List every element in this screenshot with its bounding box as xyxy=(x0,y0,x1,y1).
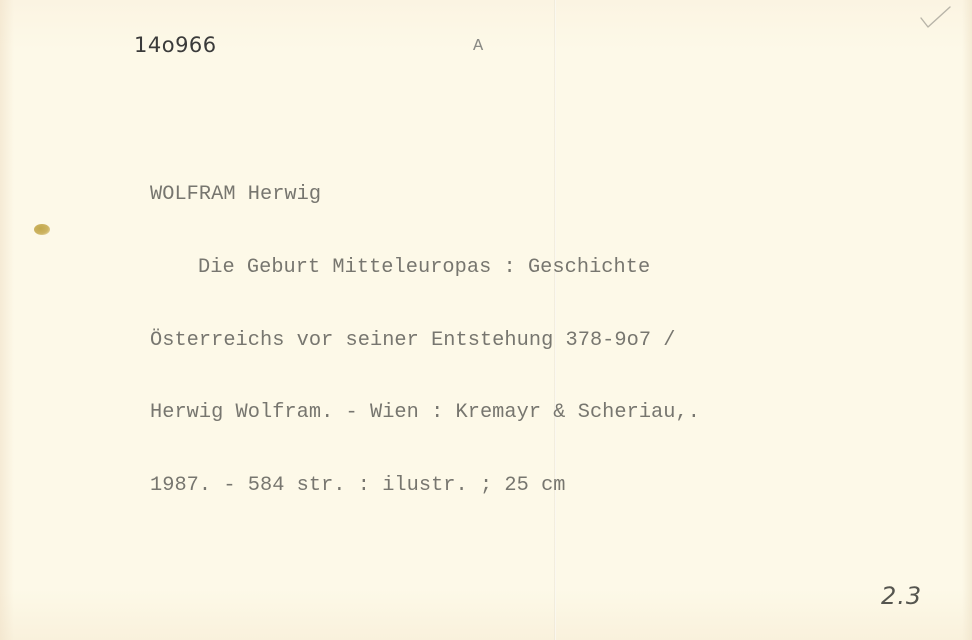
title-line: Die Geburt Mitteleuropas : Geschichte xyxy=(150,256,700,280)
handwritten-note: 2.3 xyxy=(881,582,922,610)
subtitle-line: Österreichs vor seiner Entstehung 378-9o… xyxy=(150,329,700,353)
bibliographic-entry: WOLFRAM Herwig Die Geburt Mitteleuropas … xyxy=(150,135,700,546)
publication-line: Herwig Wolfram. - Wien : Kremayr & Scher… xyxy=(150,401,700,425)
catalog-card: 14o966 A WOLFRAM Herwig Die Geburt Mitte… xyxy=(0,0,972,640)
checkmark-icon xyxy=(918,4,952,30)
author-heading: WOLFRAM Herwig xyxy=(150,183,700,207)
location-mark: A xyxy=(473,37,483,56)
call-number: 14o966 xyxy=(134,33,217,57)
ink-stain xyxy=(34,224,50,235)
physical-description-line: 1987. - 584 str. : ilustr. ; 25 cm xyxy=(150,474,700,498)
